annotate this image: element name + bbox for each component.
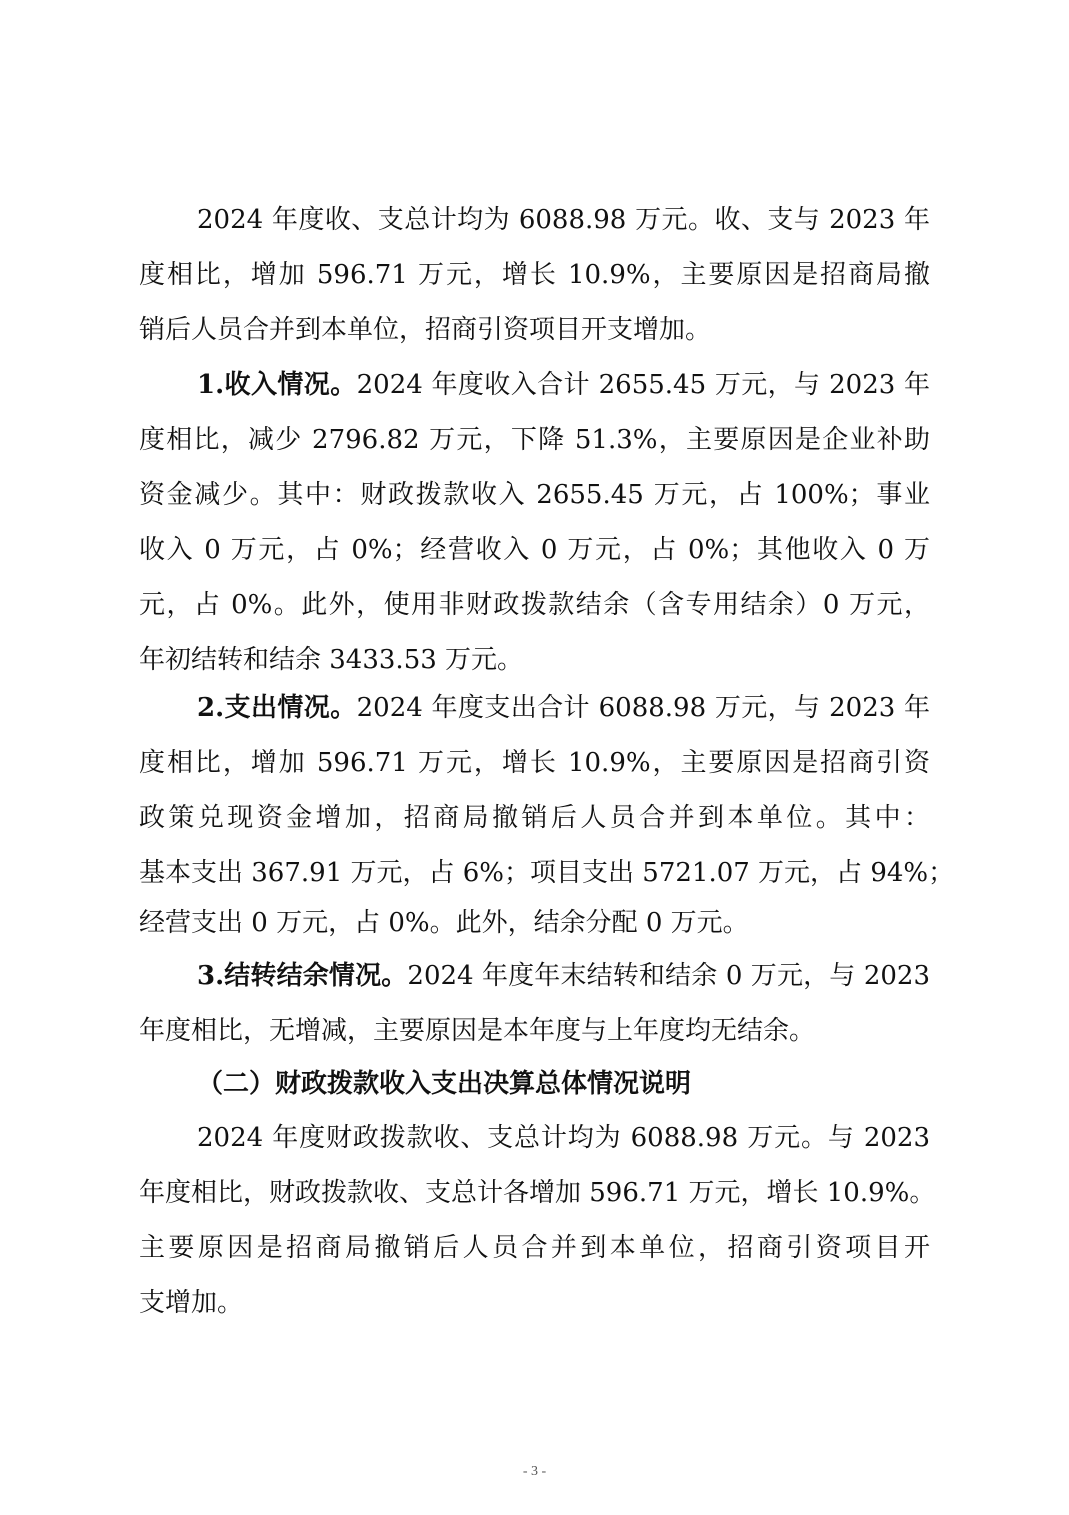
summary-line-2: 度相比，增加 596.71 万元，增长 10.9%，主要原因是招商局撤 bbox=[139, 259, 930, 291]
expenditure-line-1-text: 2024 年度支出合计 6088.98 万元，与 2023 年 bbox=[357, 693, 930, 723]
carryover-line-1-text: 2024 年度年末结转和结余 0 万元，与 2023 bbox=[407, 961, 930, 991]
income-line-6: 年初结转和结余 3433.53 万元。 bbox=[139, 644, 930, 676]
income-line-3: 资金减少。其中：财政拨款收入 2655.45 万元，占 100%；事业 bbox=[139, 479, 930, 511]
expenditure-line-2: 度相比，增加 596.71 万元，增长 10.9%，主要原因是招商引资 bbox=[139, 747, 930, 779]
fiscal-line-2: 年度相比，财政拨款收、支总计各增加 596.71 万元，增长 10.9%。 bbox=[139, 1177, 930, 1209]
document-page: 2024 年度收、支总计均为 6088.98 万元。收、支与 2023 年 度相… bbox=[0, 0, 1069, 1515]
carryover-line-2: 年度相比，无增减，主要原因是本年度与上年度均无结余。 bbox=[139, 1015, 930, 1047]
income-line-4: 收入 0 万元，占 0%；经营收入 0 万元，占 0%；其他收入 0 万 bbox=[139, 534, 930, 566]
fiscal-line-4: 支增加。 bbox=[139, 1287, 930, 1319]
expenditure-heading: 2.支出情况。 bbox=[197, 693, 357, 723]
page-number: - 3 - bbox=[0, 1464, 1069, 1480]
carryover-line-1: 3.结转结余情况。2024 年度年末结转和结余 0 万元，与 2023 bbox=[197, 960, 930, 992]
section-heading: （二）财政拨款收入支出决算总体情况说明 bbox=[197, 1068, 691, 1100]
summary-line-1: 2024 年度收、支总计均为 6088.98 万元。收、支与 2023 年 bbox=[197, 204, 930, 236]
carryover-heading: 3.结转结余情况。 bbox=[197, 961, 407, 991]
income-line-1: 1.收入情况。2024 年度收入合计 2655.45 万元，与 2023 年 bbox=[197, 369, 930, 401]
income-line-2: 度相比，减少 2796.82 万元，下降 51.3%，主要原因是企业补助 bbox=[139, 424, 930, 456]
income-line-1-text: 2024 年度收入合计 2655.45 万元，与 2023 年 bbox=[357, 370, 930, 400]
expenditure-line-4: 基本支出 367.91 万元，占 6%；项目支出 5721.07 万元，占 94… bbox=[139, 857, 930, 889]
expenditure-line-3: 政策兑现资金增加，招商局撤销后人员合并到本单位。其中： bbox=[139, 802, 930, 834]
income-heading: 1.收入情况。 bbox=[197, 370, 357, 400]
income-line-5: 元，占 0%。此外，使用非财政拨款结余（含专用结余）0 万元， bbox=[139, 589, 930, 621]
expenditure-line-5: 经营支出 0 万元，占 0%。此外，结余分配 0 万元。 bbox=[139, 907, 930, 939]
expenditure-line-1: 2.支出情况。2024 年度支出合计 6088.98 万元，与 2023 年 bbox=[197, 692, 930, 724]
fiscal-line-3: 主要原因是招商局撤销后人员合并到本单位，招商引资项目开 bbox=[139, 1232, 930, 1264]
summary-line-3: 销后人员合并到本单位，招商引资项目开支增加。 bbox=[139, 314, 930, 346]
fiscal-line-1: 2024 年度财政拨款收、支总计均为 6088.98 万元。与 2023 bbox=[197, 1122, 930, 1154]
